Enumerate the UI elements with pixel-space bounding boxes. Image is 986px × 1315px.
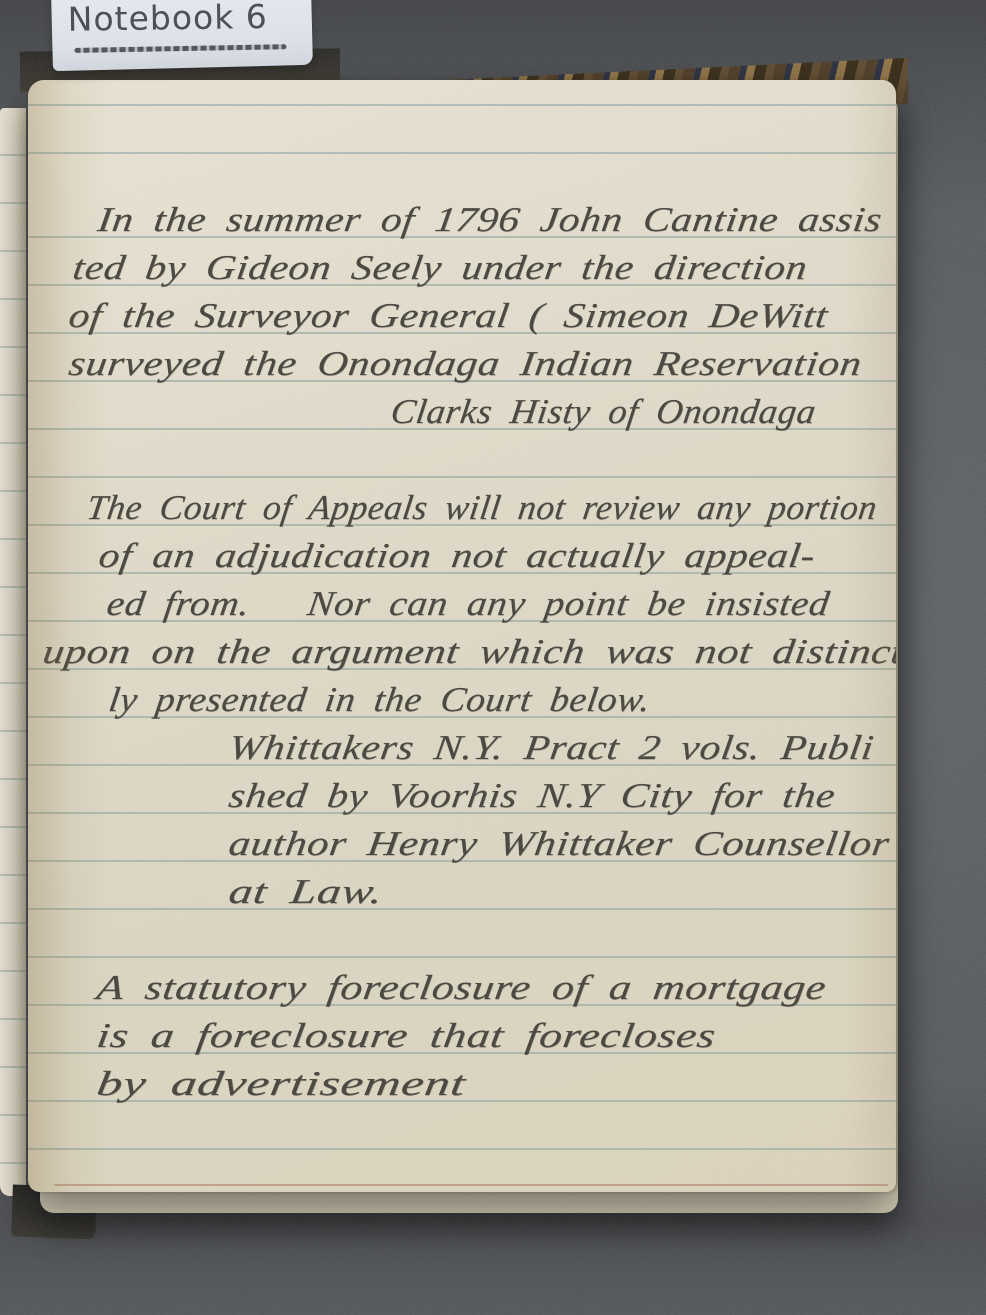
page-gutter-shadow [28,80,896,1192]
photo-background: In the summer of 1796 John Cantine assis… [0,0,986,1315]
note-text: Notebook 6 [67,0,268,39]
note-underline [74,44,286,53]
notebook-page: In the summer of 1796 John Cantine assis… [28,80,896,1192]
sticky-note-label: Notebook 6 [51,0,313,71]
page-edge-stack-left [0,108,26,1196]
